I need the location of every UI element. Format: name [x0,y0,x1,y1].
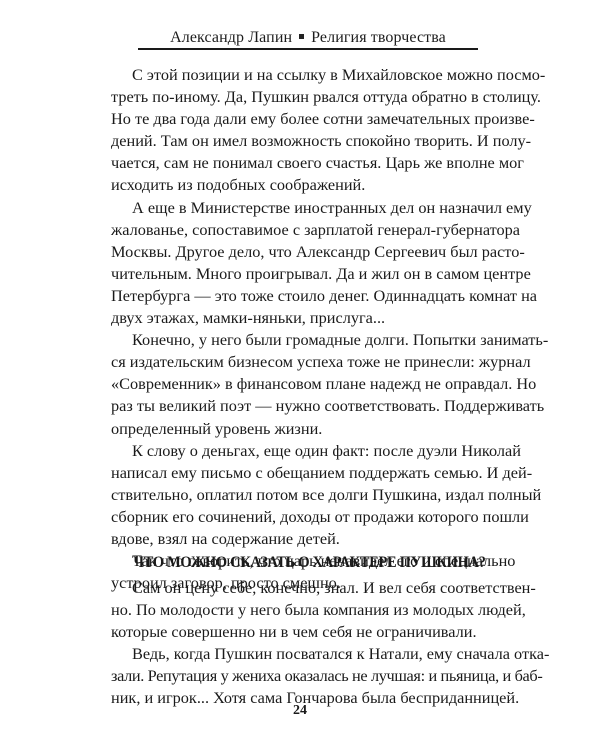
body-text-section-1: С этой позиции и на ссылку в Михайловско… [111,64,508,594]
running-head-title: Религия творчества [311,29,446,46]
text-line: вдове, взял на содержание детей. [111,528,508,550]
text-line: С этой позиции и на ссылку в Михайловско… [111,64,508,86]
text-line: раз ты великий поэт — нужно соответствов… [111,395,508,417]
bullet-separator-icon [299,34,304,39]
text-line: определенный уровень жизни. [111,418,508,440]
paragraph: С этой позиции и на ссылку в Михайловско… [111,64,508,197]
section-heading: ЧТО МОЖНО СКАЗАТЬ О ХАРАКТЕРЕ ПУШКИНА? [125,552,494,574]
text-line: А еще в Министерстве иностранных дел он … [111,197,508,219]
paragraph: А еще в Министерстве иностранных дел он … [111,197,508,330]
text-line: дений. Там он имел возможность спокойно … [111,130,508,152]
text-line: жалованье, сопоставимое с зарплатой гене… [111,219,508,241]
text-line: сборник его сочинений, доходы от продажи… [111,506,508,528]
text-line: Но те два года дали ему более сотни заме… [111,108,508,130]
text-line: чается, сам не понимал своего счастья. Ц… [111,152,508,174]
text-line: двух этажах, мамки-няньки, прислуга... [111,307,508,329]
text-line: которые совершенно ни в чем себя не огра… [111,621,508,643]
paragraph: Ведь, когда Пушкин посватался к Натали, … [111,643,508,709]
header-rule-divider [138,48,478,50]
text-line: Сам он цену себе, конечно, знал. И вел с… [111,577,508,599]
running-head: Александр ЛапинРелигия творчества [138,28,478,48]
text-line: зали. Репутация у жениха оказалась не лу… [111,665,508,687]
text-line: но. По молодости у него была компания из… [111,599,508,621]
text-line: Москвы. Другое дело, что Александр Серге… [111,241,508,263]
text-line: ся издательским бизнесом успеха тоже не … [111,351,508,373]
running-head-author: Александр Лапин [170,29,292,46]
text-line: «Современник» в финансовом плане надежд … [111,373,508,395]
paragraph: Конечно, у него были громадные долги. По… [111,329,508,439]
text-line: чительным. Много проигрывал. Да и жил он… [111,263,508,285]
text-line: написал ему письмо с обещанием поддержат… [111,462,508,484]
text-line: ствительно, оплатил потом все долги Пушк… [111,484,508,506]
text-line: Петербурга — это тоже стоило денег. Один… [111,285,508,307]
text-line: К слову о деньгах, еще один факт: после … [111,440,508,462]
paragraph: Сам он цену себе, конечно, знал. И вел с… [111,577,508,643]
text-line: треть по-иному. Да, Пушкин рвался оттуда… [111,86,508,108]
text-line: исходить из подобных соображений. [111,174,508,196]
page-number: 24 [280,702,320,720]
body-text-section-2: Сам он цену себе, конечно, знал. И вел с… [111,577,508,710]
paragraph: К слову о деньгах, еще один факт: после … [111,440,508,550]
text-line: Конечно, у него были громадные долги. По… [111,329,508,351]
text-line: Ведь, когда Пушкин посватался к Натали, … [111,643,508,665]
